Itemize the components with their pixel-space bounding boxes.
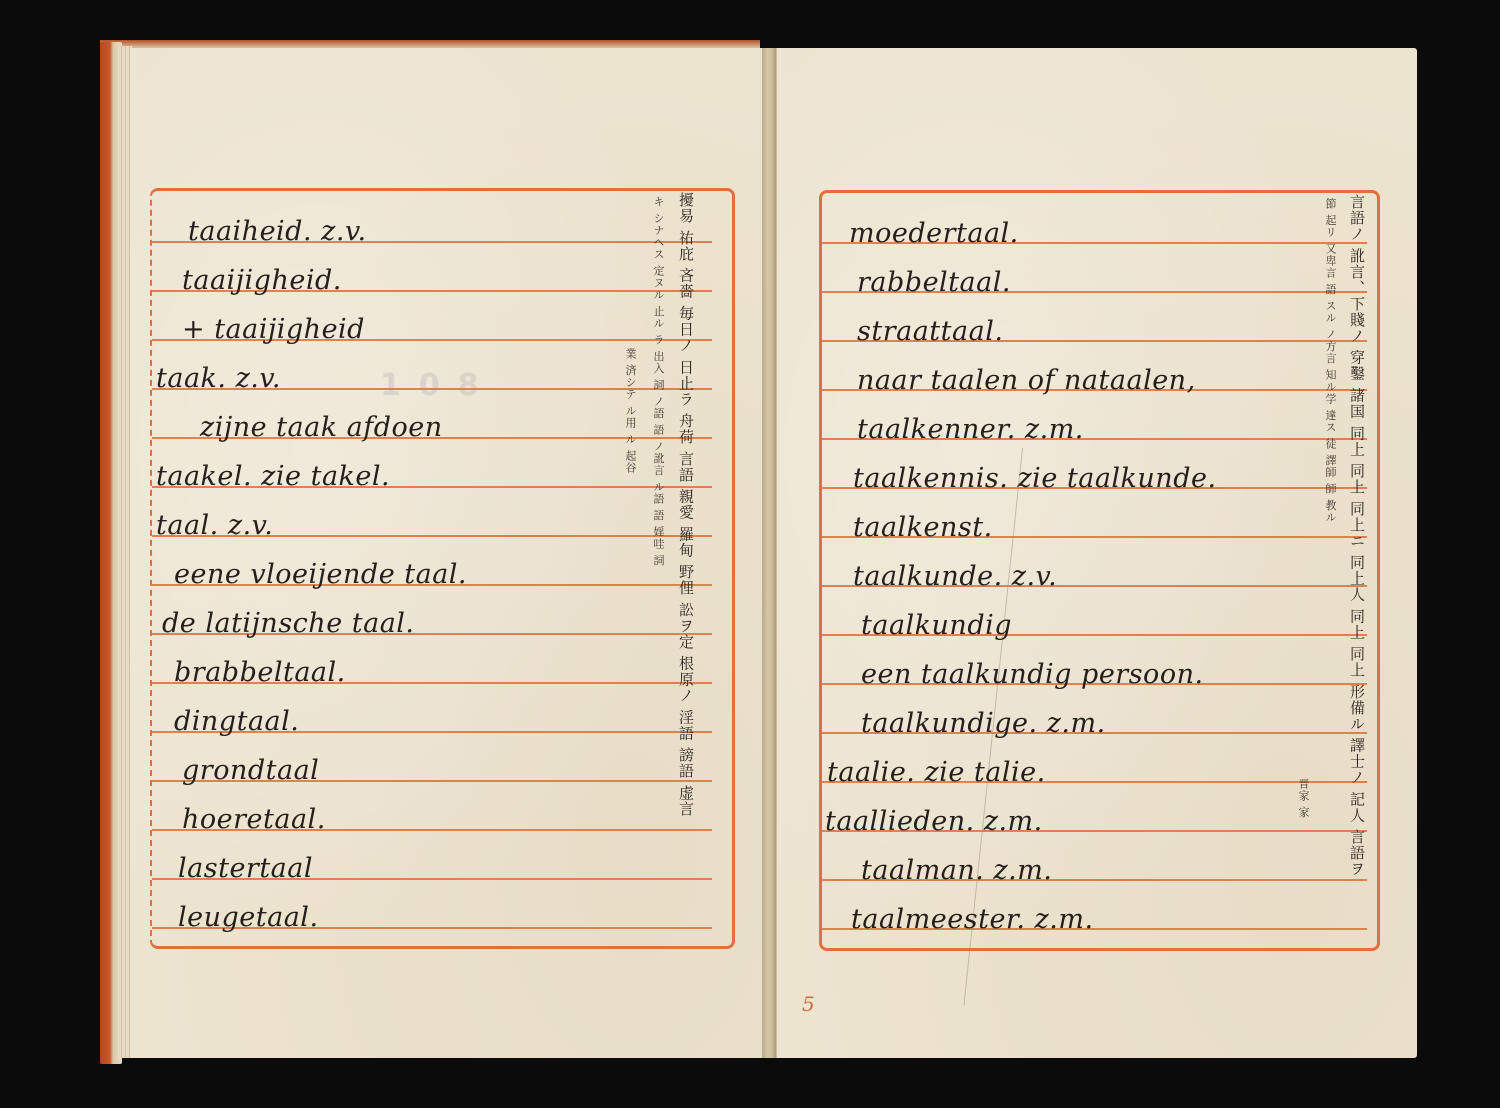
japanese-gloss-annotation: 節 起リ 又卑言 語 スル ノ方言 知ル学 達ス 徒 譯師 師 教ル bbox=[1322, 198, 1338, 943]
dictionary-entry: taalman. z.m. bbox=[861, 855, 1052, 886]
dictionary-entry: zijne taak afdoen bbox=[200, 412, 443, 443]
showthrough-page-number: 108 bbox=[380, 368, 497, 403]
dictionary-entry: taak. z.v. bbox=[156, 363, 281, 394]
japanese-gloss-annotation: キ シナヘス 定ヌル 止ル ラ 出入 詞 ノ語 語 ノ訛言 ル語 語 婬哇 詞 bbox=[650, 196, 666, 941]
dictionary-entry: dingtaal. bbox=[174, 706, 299, 737]
cover-top-edge bbox=[100, 40, 760, 48]
dictionary-entry: taalkennis. zie taalkunde. bbox=[853, 463, 1217, 494]
japanese-gloss-annotation: 晋家 家 bbox=[1295, 778, 1311, 898]
dictionary-entry: taaijigheid. bbox=[182, 265, 342, 296]
dictionary-entry: taal. z.v. bbox=[156, 510, 273, 541]
right-page: moedertaal. rabbeltaal. straattaal. naar… bbox=[776, 48, 1417, 1058]
page-number: 5 bbox=[802, 992, 815, 1016]
dictionary-entry: taalkundige. z.m. bbox=[861, 708, 1106, 739]
dictionary-entry: naar taalen of nataalen, bbox=[857, 365, 1196, 396]
left-page: 108 taaiheid. z.v. taaijigheid. + taaiji… bbox=[130, 48, 763, 1058]
dictionary-entry: lastertaal bbox=[178, 853, 313, 884]
open-book: 108 taaiheid. z.v. taaijigheid. + taaiji… bbox=[0, 0, 1500, 1108]
dictionary-entry: eene vloeijende taal. bbox=[174, 559, 467, 590]
dictionary-entry: leugetaal. bbox=[178, 902, 319, 933]
japanese-gloss-column: 擾易 祐庇 吝嗇 毎日ノ 日止ラ 舟荷 言語 親愛 羅甸 野俚 訟ヲ定 根原ノ … bbox=[678, 192, 694, 937]
dictionary-entry: + taaijigheid bbox=[182, 314, 365, 345]
dictionary-entry: rabbeltaal. bbox=[857, 267, 1011, 298]
dictionary-entry: taaiheid. z.v. bbox=[188, 216, 367, 247]
dictionary-entry: taalmeester. z.m. bbox=[851, 904, 1094, 935]
dictionary-entry: taalkenner. z.m. bbox=[857, 414, 1084, 445]
dictionary-entry: taalkundig bbox=[861, 610, 1012, 641]
dictionary-entry: brabbeltaal. bbox=[174, 657, 346, 688]
dictionary-entry: hoeretaal. bbox=[182, 804, 326, 835]
dictionary-entry: taakel. zie takel. bbox=[156, 461, 390, 492]
dictionary-entry: de latijnsche taal. bbox=[162, 608, 415, 639]
japanese-gloss-column: 言語ノ 訛言、下賤ノ 穿鑿 諸国 同上 同上 同上ニ 同上人 同上 同上 形備ル… bbox=[1349, 194, 1365, 939]
book-gutter bbox=[762, 48, 776, 1058]
dictionary-entry: moedertaal. bbox=[849, 218, 1019, 249]
japanese-gloss-annotation: 業 済シテ ル用 ル 起谷 bbox=[622, 348, 638, 548]
dictionary-entry: taallieden. z.m. bbox=[825, 806, 1043, 837]
dictionary-entry: grondtaal bbox=[182, 755, 319, 786]
dictionary-entry: taalie. zie talie. bbox=[827, 757, 1046, 788]
dictionary-entry: taalkunde. z.v. bbox=[853, 561, 1057, 592]
dictionary-entry: een taalkundig persoon. bbox=[861, 659, 1204, 690]
dictionary-entry: taalkenst. bbox=[853, 512, 993, 543]
dictionary-entry: straattaal. bbox=[857, 316, 1003, 347]
